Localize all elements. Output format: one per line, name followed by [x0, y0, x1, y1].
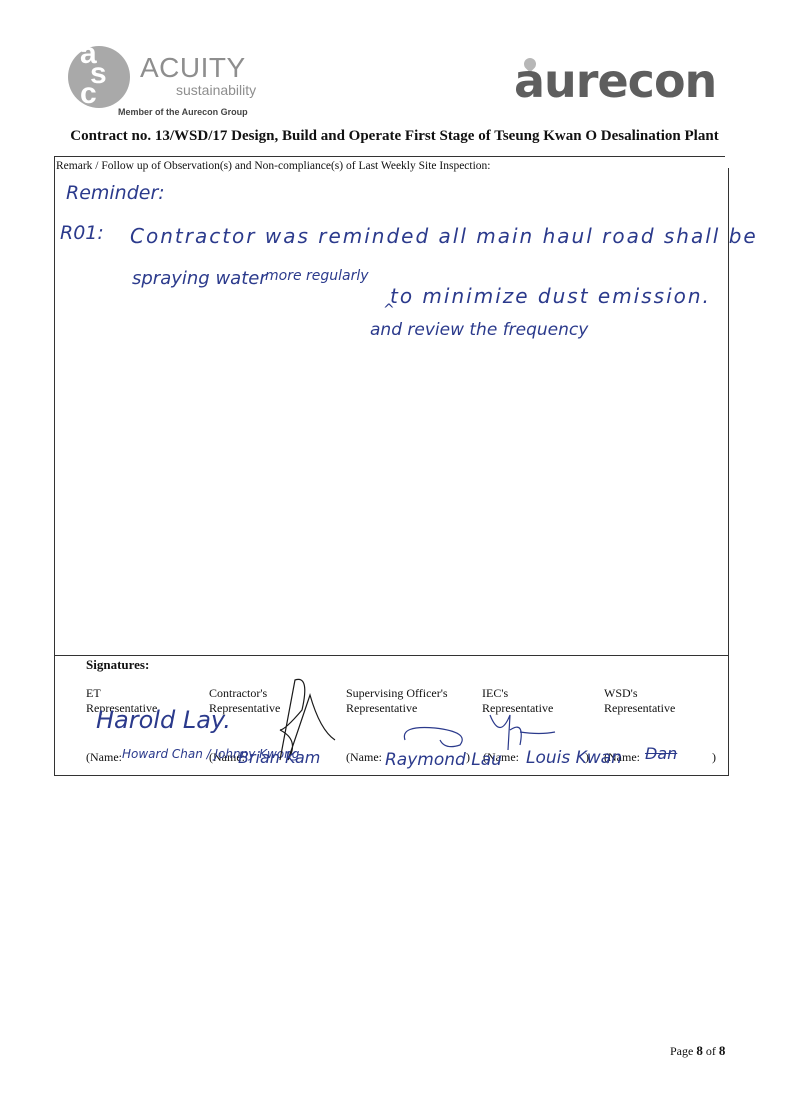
handwritten-name-contractor: Brian Kam — [238, 748, 320, 767]
role-line: ET — [86, 686, 157, 701]
page-of: of — [706, 1044, 716, 1058]
handwritten-reminder-heading: Reminder: — [66, 182, 165, 204]
acuity-wordmark: ACUITY — [140, 54, 246, 82]
acuity-logo: a s c ACUITY sustainability Member of th… — [66, 44, 266, 124]
contract-title: Contract no. 13/WSD/17 Design, Build and… — [0, 128, 789, 145]
page-prefix: Page — [670, 1044, 693, 1058]
handwritten-line-1: Contractor was reminded all main haul ro… — [130, 224, 758, 248]
page-current: 8 — [696, 1043, 703, 1058]
handwritten-name-wsd: Dan — [645, 744, 677, 763]
remark-form-box — [54, 156, 729, 776]
name-close-wsd: ) — [712, 750, 716, 765]
handwritten-line-2a: spraying water — [132, 268, 267, 289]
name-prefix-supervising-officer: (Name: — [346, 750, 382, 765]
role-line: Supervising Officer's — [346, 686, 448, 701]
handwritten-item-label: R01: — [60, 222, 104, 244]
handwritten-line-2c: to minimize dust emission. — [390, 284, 711, 308]
acuity-member-text: Member of the Aurecon Group — [118, 107, 248, 117]
handwritten-line-2b: more regularly — [265, 268, 369, 284]
signature-role-supervising-officer: Supervising Officer's Representative — [346, 686, 448, 716]
role-line: Representative — [346, 701, 448, 716]
box-notch — [725, 156, 729, 168]
aurecon-logo: aurecon — [514, 56, 716, 106]
handwritten-insert-caret: ^ — [383, 302, 395, 318]
remark-label: Remark / Follow up of Observation(s) and… — [56, 160, 490, 172]
signatures-heading: Signatures: — [86, 657, 149, 673]
signature-divider — [54, 655, 729, 656]
signature-et: Harold Lay. — [96, 706, 231, 734]
name-prefix-et: (Name: — [86, 750, 122, 765]
role-line: Representative — [604, 701, 675, 716]
acuity-subtitle: sustainability — [176, 82, 256, 98]
page-total: 8 — [719, 1043, 726, 1058]
handwritten-name-iec: Louis Kwan — [526, 748, 622, 768]
role-line: IEC's — [482, 686, 553, 701]
role-line: WSD's — [604, 686, 675, 701]
handwritten-line-3: and review the frequency — [370, 320, 588, 340]
asc-monogram: a s c — [74, 44, 124, 104]
signature-role-wsd: WSD's Representative — [604, 686, 675, 716]
page-number: Page 8 of 8 — [670, 1043, 725, 1059]
